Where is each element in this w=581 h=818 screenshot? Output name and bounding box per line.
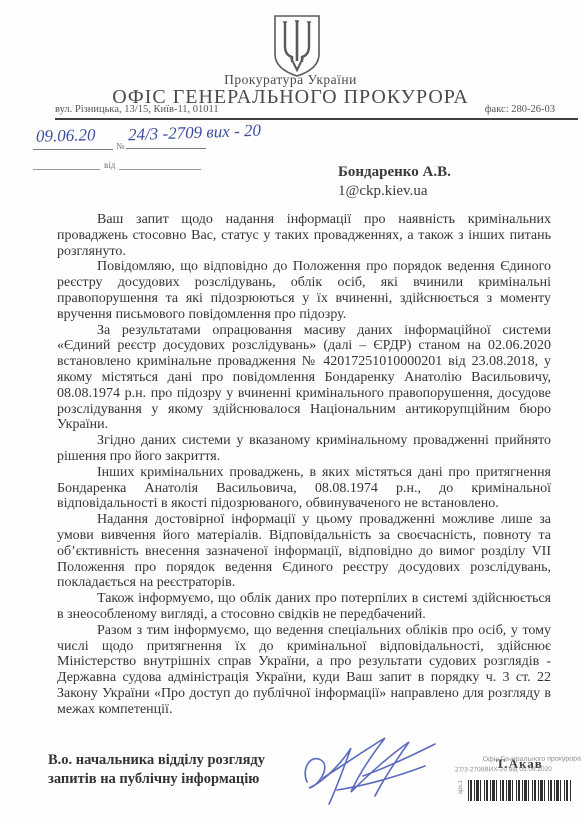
- handwritten-number: 24/3 -2709 вих - 20: [128, 121, 262, 146]
- recipient-name: Бондаренко А.В.: [338, 163, 451, 182]
- recipient-block: Бондаренко А.В. 1@ckp.kiev.ua: [338, 163, 451, 201]
- coat-of-arms-icon: [271, 14, 323, 78]
- header-address-row: вул. Різницька, 13/15, Київ-11, 01011 фа…: [55, 104, 555, 115]
- number-sign: №: [116, 141, 125, 151]
- blank-reference-row: від: [33, 160, 201, 170]
- letter-body: Ваш запит щодо надання інформації про на…: [57, 212, 551, 718]
- signer-title-line2: запитів на публічну інформацію: [48, 770, 265, 789]
- recipient-email: 1@ckp.kiev.ua: [338, 182, 451, 201]
- stamp-barcode: [468, 780, 572, 801]
- number-underline: [126, 148, 206, 149]
- signer-title-line1: В.о. начальника відділу розгляду: [48, 751, 265, 770]
- paragraph: Повідомляю, що відповідно до Положення п…: [57, 259, 551, 322]
- letter-page: Прокуратура України ОФІС ГЕНЕРАЛЬНОГО ПР…: [0, 0, 581, 818]
- date-underline: [33, 149, 113, 150]
- paragraph: Також інформуємо, що облік даних про пот…: [57, 591, 551, 623]
- blank-line: [119, 161, 201, 170]
- org-address: вул. Різницька, 13/15, Київ-11, 01011: [55, 104, 219, 115]
- paragraph: За результатами опрацювання масиву даних…: [57, 323, 551, 434]
- paragraph: Ваш запит щодо надання інформації про на…: [57, 212, 551, 259]
- vid-label: від: [104, 160, 115, 170]
- org-fax: факс: 280-26-03: [485, 104, 555, 115]
- handwritten-date: 09.06.20: [36, 125, 96, 147]
- stamp-pages-label: арк.1: [458, 780, 464, 794]
- paragraph: Згідно даних системи у вказаному криміна…: [57, 433, 551, 465]
- blank-line: [33, 161, 100, 170]
- paragraph: Разом з тим інформуємо, що ведення спеці…: [57, 623, 551, 718]
- header-rule: [55, 118, 578, 120]
- signer-title: В.о. начальника відділу розгляду запитів…: [48, 751, 265, 789]
- paragraph: Інших кримінальних проваджень, в яких мі…: [57, 465, 551, 512]
- paragraph: Надання достовірної інформації у цьому п…: [57, 512, 551, 591]
- registration-stamp: Офіс Генерального прокурора 27/3-2709ВИХ…: [455, 755, 581, 773]
- signature-scribble: [293, 730, 443, 808]
- stamp-org-line: Офіс Генерального прокурора: [455, 755, 581, 763]
- stamp-number-line: 27/3-2709ВИХ-20 від 09.06.2020: [455, 765, 581, 773]
